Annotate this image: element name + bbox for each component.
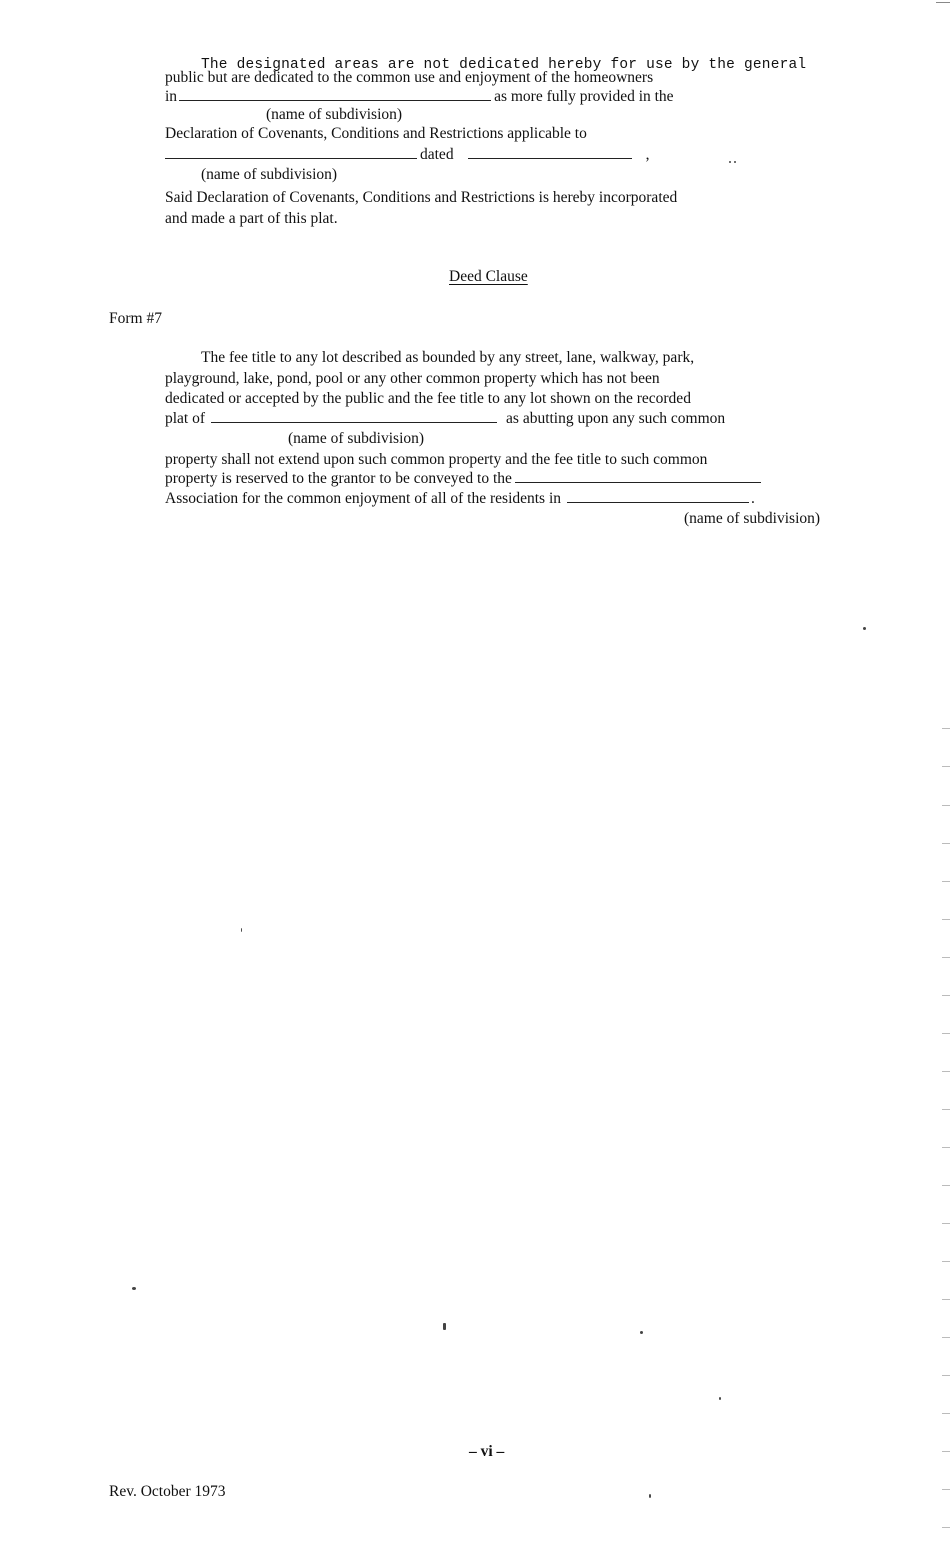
- scan-speck: [649, 1494, 651, 1498]
- edge-mark: [942, 1489, 950, 1490]
- text: in: [165, 88, 177, 105]
- paragraph-line: property shall not extend upon such comm…: [165, 451, 707, 469]
- scan-speck: [443, 1323, 446, 1330]
- blank-caption: (name of subdivision): [201, 166, 337, 184]
- edge-mark: [942, 1413, 950, 1414]
- edge-mark: [942, 1337, 950, 1338]
- text: as abutting upon any such common: [506, 410, 725, 427]
- association-name-blank[interactable]: [515, 470, 761, 483]
- text: as more fully provided in the: [494, 88, 674, 105]
- scan-speck: [734, 161, 736, 163]
- paragraph-line: public but are dedicated to the common u…: [165, 69, 653, 87]
- paragraph-line: The fee title to any lot described as bo…: [201, 349, 694, 367]
- edge-mark: [942, 1527, 950, 1528]
- paragraph-line: dated,: [165, 146, 649, 164]
- paragraph-line: Said Declaration of Covenants, Condition…: [165, 189, 677, 207]
- edge-mark: [942, 957, 950, 958]
- edge-mark: [942, 1109, 950, 1110]
- scan-speck: [640, 1331, 643, 1334]
- paragraph-line: property is reserved to the grantor to b…: [165, 470, 761, 488]
- scan-speck: [729, 161, 731, 163]
- paragraph-line: plat ofas abutting upon any such common: [165, 410, 725, 428]
- text: Association for the common enjoyment of …: [165, 490, 561, 507]
- page-number: – vi –: [469, 1443, 504, 1461]
- edge-mark: [942, 881, 950, 882]
- paragraph-line: Declaration of Covenants, Conditions and…: [165, 125, 587, 143]
- edge-mark: [942, 1185, 950, 1186]
- revision-date: Rev. October 1973: [109, 1483, 226, 1501]
- paragraph-line: inas more fully provided in the: [165, 88, 674, 106]
- edge-mark: [942, 1033, 950, 1034]
- edge-mark: [942, 995, 950, 996]
- edge-mark: [942, 1299, 950, 1300]
- blank-caption: (name of subdivision): [288, 430, 424, 448]
- edge-mark: [936, 2, 950, 3]
- edge-mark: [942, 1223, 950, 1224]
- subdivision-name-blank[interactable]: [211, 410, 497, 423]
- edge-mark: [942, 805, 950, 806]
- subdivision-name-blank[interactable]: [567, 490, 749, 503]
- text: .: [751, 490, 755, 507]
- edge-mark: [942, 766, 950, 767]
- paragraph-line: dedicated or accepted by the public and …: [165, 390, 691, 408]
- edge-mark: [942, 1261, 950, 1262]
- blank-caption: (name of subdivision): [684, 510, 820, 528]
- section-heading: Deed Clause: [449, 268, 528, 286]
- edge-mark: [942, 1071, 950, 1072]
- paragraph-line: Association for the common enjoyment of …: [165, 490, 755, 508]
- edge-mark: [942, 1147, 950, 1148]
- text: property is reserved to the grantor to b…: [165, 470, 512, 487]
- scan-speck: [719, 1397, 721, 1400]
- form-label: Form #7: [109, 310, 162, 328]
- scan-speck: [132, 1287, 136, 1290]
- date-blank[interactable]: [468, 146, 632, 159]
- text: plat of: [165, 410, 205, 427]
- paragraph-line: and made a part of this plat.: [165, 210, 338, 228]
- edge-mark: [942, 843, 950, 844]
- paragraph-line: playground, lake, pond, pool or any othe…: [165, 370, 660, 388]
- subdivision-name-blank[interactable]: [179, 88, 491, 101]
- blank-caption: (name of subdivision): [266, 106, 402, 124]
- subdivision-name-blank[interactable]: [165, 146, 417, 159]
- edge-mark: [942, 1451, 950, 1452]
- edge-mark: [942, 1375, 950, 1376]
- scan-speck: [241, 928, 242, 932]
- edge-mark: [942, 919, 950, 920]
- edge-mark: [942, 728, 950, 729]
- scan-speck: [863, 627, 866, 630]
- text: ,: [646, 146, 650, 163]
- text: dated: [420, 146, 454, 163]
